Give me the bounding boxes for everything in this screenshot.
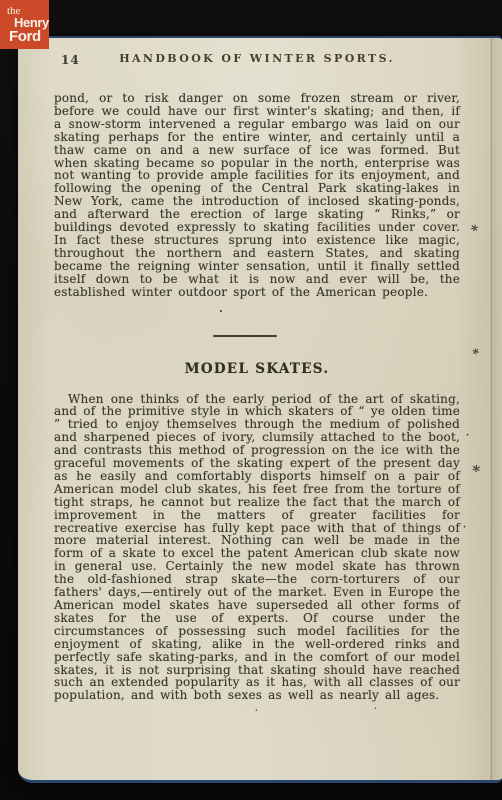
paragraph-skating-history: pond, or to risk danger on some frozen s…	[54, 92, 460, 299]
ink-blemish-icon: ·	[219, 306, 223, 317]
ink-blemish-icon: ·	[374, 704, 377, 712]
henry-ford-logo: the Henry Ford	[0, 0, 49, 49]
ink-blemish-icon: *	[468, 223, 479, 238]
ink-blemish-icon: ·	[463, 524, 466, 533]
page-edge-shadow	[493, 38, 502, 780]
logo-text-ford: Ford	[9, 29, 41, 44]
running-head: HANDBOOK OF WINTER SPORTS.	[54, 52, 460, 65]
section-divider-rule	[213, 335, 277, 337]
paragraph-model-skates: When one thinks of the early period of t…	[54, 393, 460, 703]
page-number: 14	[61, 53, 80, 67]
scan-backdrop: { "logo": { "line1": "the", "line2": "He…	[0, 0, 502, 800]
ink-blemish-icon: *	[472, 347, 481, 361]
book-page: 14 HANDBOOK OF WINTER SPORTS. pond, or t…	[18, 36, 502, 783]
ink-blemish-icon: ·	[466, 432, 469, 441]
ink-blemish-icon: *	[471, 464, 480, 480]
ink-blemish-icon: ·	[255, 706, 258, 714]
section-heading: MODEL SKATES.	[54, 361, 460, 377]
page-header: 14 HANDBOOK OF WINTER SPORTS.	[54, 52, 460, 68]
